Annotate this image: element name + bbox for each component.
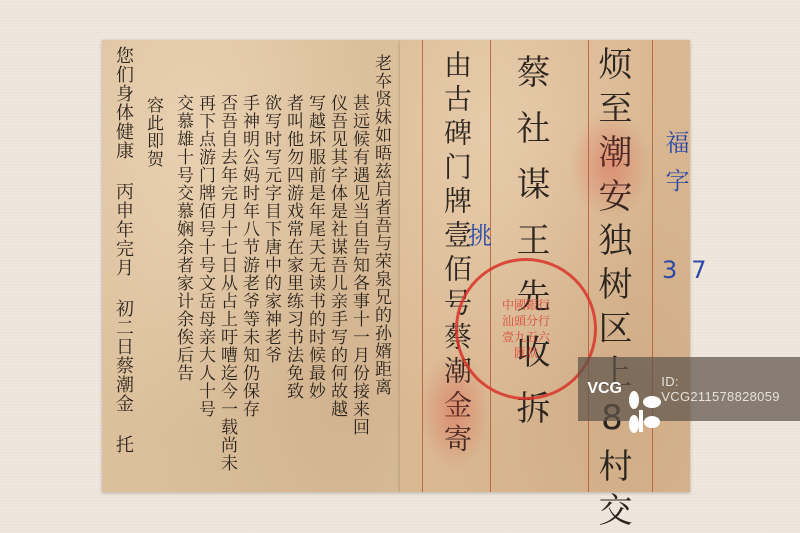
watermark-id: ID: VCG211578828059 (661, 374, 800, 404)
handwritten-letter: 老夲贤妹如晤兹启者吾与荣泉兄的孙婿距离 甚远候有遇见当自告知各事十一月份接来回 … (102, 40, 400, 492)
stamp-text: 汕頭分行 (502, 313, 550, 329)
red-ink-smear (570, 110, 650, 220)
letter-column-5: 者叫他勿四游戏常在家里练习书法免致 (282, 94, 304, 400)
letter-column-9: 再下点游门牌佰号十号文岳母亲大人十号 (194, 94, 216, 418)
vcg-watermark: VCG ID: VCG211578828059 (578, 357, 800, 421)
letter-column-6: 欲写时写元字目下唐中的家神老爷 (260, 94, 282, 364)
blue-annotation-mid: 挑 (468, 216, 506, 251)
letter-column-11: 容此即贺 (142, 96, 164, 168)
stamp-text: 壹九五六 (502, 329, 550, 345)
letter-column-4: 写越坏服前是年尾天无读书的时候最妙 (304, 94, 326, 400)
blue-annotation-number: 37 (662, 256, 721, 284)
letter-column-7: 手神明公妈时年八节游老爷等未知仍保存 (238, 94, 260, 418)
letter-column-1: 老夲贤妹如晤兹启者吾与荣泉兄的孙婿距离 (370, 54, 392, 396)
stamp-text: 中國銀行 (502, 297, 550, 313)
letter-column-12: 您们身体健康 丙申年完月 初二日蔡潮金 托 (112, 46, 134, 454)
bank-postmark-stamp: 中國銀行 汕頭分行 壹九五六 匯款 (455, 258, 597, 400)
vcg-flower-icon (622, 390, 662, 434)
letter-column-8: 否吾自去年完月十七日从占上吁嘈迄今一载尚未 (216, 94, 238, 472)
vcg-logo: VCG (578, 380, 661, 398)
red-rule-line (588, 40, 589, 492)
letter-column-3: 仪吾见其字体是社谋吾儿亲手写的何故越 (326, 94, 348, 418)
vcg-logo-text: VCG (587, 380, 622, 398)
letter-column-10: 交慕雄十号交慕娴余者家计余俟后告 (172, 94, 194, 382)
stamp-text: 匯款 (514, 345, 538, 361)
blue-annotation-right: 福字 (658, 130, 693, 206)
letter-column-2: 甚远候有遇见当自告知各事十一月份接来回 (348, 94, 370, 436)
